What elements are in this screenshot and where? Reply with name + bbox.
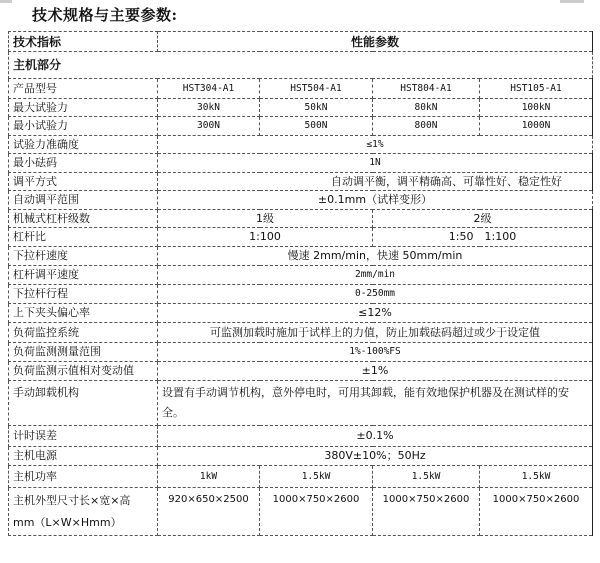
row-label: 主机功率 (9, 466, 158, 488)
row-label: 下拉杆行程 (9, 285, 158, 304)
table-row: 计时误差 ±0.1% (9, 426, 593, 447)
header-indicator: 技术指标 (9, 32, 158, 52)
value-cell: 0-250mm (158, 285, 593, 304)
row-label: 主机外型尺寸长×宽×高 mm（L×W×Hmm） (9, 488, 158, 536)
page-title: 技术规格与主要参数: (32, 4, 178, 25)
table-row: 试验力准确度 ≤1% (9, 136, 593, 154)
table-row: 最大试验力 30kN 50kN 80kN 100kN (9, 99, 593, 117)
row-label: 试验力准确度 (9, 136, 158, 154)
row-label: 计时误差 (9, 426, 158, 447)
table-row: 下拉杆行程 0-250mm (9, 285, 593, 304)
section-title: 主机部分 (9, 52, 593, 79)
value-cell: 自动调平衡，调平精确高、可靠性好、稳定性好 (158, 173, 593, 191)
table-row: 机械式杠杆级数 1级 2级 (9, 210, 593, 228)
value-cell: 50kN (260, 99, 373, 117)
value-cell: 1级 (158, 210, 373, 228)
table-row: 负荷监测测量范围 1%-100%FS (9, 343, 593, 362)
page-edge-mark (560, 0, 584, 3)
table-row: 主机功率 1kW 1.5kW 1.5kW 1.5kW (9, 466, 593, 488)
table-row: 主机外型尺寸长×宽×高 mm（L×W×Hmm） 920×650×2500 100… (9, 488, 593, 536)
model-cell: HST504-A1 (260, 79, 373, 99)
value-cell: 2mm/min (158, 266, 593, 285)
table-row: 杠杆比 1:100 1:50 1:100 (9, 228, 593, 247)
value-cell: 1:50 1:100 (373, 228, 593, 247)
row-label: 上下夹头偏心率 (9, 304, 158, 323)
table-row: 下拉杆速度 慢速 2mm/min，快速 50mm/min (9, 247, 593, 266)
value-cell: 1000×750×2600 (260, 488, 373, 536)
value-cell: 1.5kW (373, 466, 480, 488)
table-row: 产品型号 HST304-A1 HST504-A1 HST804-A1 HST10… (9, 79, 593, 99)
row-label: 杠杆调平速度 (9, 266, 158, 285)
value-cell: 1000N (480, 117, 593, 136)
value-cell: ±0.1mm（试样变形） (158, 191, 593, 210)
model-cell: HST304-A1 (158, 79, 260, 99)
model-cell: HST804-A1 (373, 79, 480, 99)
row-label: 自动调平范围 (9, 191, 158, 210)
value-cell: ≤1% (158, 136, 593, 154)
value-cell: 1:100 (158, 228, 373, 247)
value-cell: 920×650×2500 (158, 488, 260, 536)
row-label: 调平方式 (9, 173, 158, 191)
value-cell: ≤12% (158, 304, 593, 323)
row-label: 机械式杠杆级数 (9, 210, 158, 228)
row-label: 负荷监控系统 (9, 323, 158, 343)
value-cell: 1%-100%FS (158, 343, 593, 362)
table-row: 上下夹头偏心率 ≤12% (9, 304, 593, 323)
table-row: 主机电源 380V±10%；50Hz (9, 447, 593, 466)
table-row: 最小砝码 1N (9, 154, 593, 173)
table-row: 手动卸载机构 设置有手动调节机构，意外停电时，可用其卸载，能有效地保护机器及在测… (9, 381, 593, 426)
value-cell: 1000×750×2600 (480, 488, 593, 536)
row-label: 下拉杆速度 (9, 247, 158, 266)
table-row: 最小试验力 300N 500N 800N 1000N (9, 117, 593, 136)
row-label: 主机电源 (9, 447, 158, 466)
row-label: 杠杆比 (9, 228, 158, 247)
value-cell: ±0.1% (158, 426, 593, 447)
value-cell: 100kN (480, 99, 593, 117)
table-row: 自动调平范围 ±0.1mm（试样变形） (9, 191, 593, 210)
value-cell: 500N (260, 117, 373, 136)
row-label: 负荷监测测量范围 (9, 343, 158, 362)
value-cell: 2级 (373, 210, 593, 228)
section-row: 主机部分 (9, 52, 593, 79)
spec-table: 技术指标 性能参数 主机部分 产品型号 HST304-A1 HST504-A1 … (8, 31, 593, 536)
value-cell: 380V±10%；50Hz (158, 447, 593, 466)
value-cell: 1.5kW (260, 466, 373, 488)
row-label: 产品型号 (9, 79, 158, 99)
value-cell: 800N (373, 117, 480, 136)
value-cell: 30kN (158, 99, 260, 117)
value-cell: 1kW (158, 466, 260, 488)
value-cell: 慢速 2mm/min，快速 50mm/min (158, 247, 593, 266)
table-row: 杠杆调平速度 2mm/min (9, 266, 593, 285)
table-row: 负荷监控系统 可监测加载时施加于试样上的力值，防止加载砝码超过或少于设定值 (9, 323, 593, 343)
value-cell: ±1% (158, 362, 593, 381)
value-cell: 1.5kW (480, 466, 593, 488)
table-row: 调平方式 自动调平衡，调平精确高、可靠性好、稳定性好 (9, 173, 593, 191)
table-header-row: 技术指标 性能参数 (9, 32, 593, 52)
row-label: 最小砝码 (9, 154, 158, 173)
row-label: 负荷监测示值相对变动值 (9, 362, 158, 381)
row-label: 最大试验力 (9, 99, 158, 117)
page-edge-mark (0, 0, 12, 3)
table-row: 负荷监测示值相对变动值 ±1% (9, 362, 593, 381)
value-cell: 80kN (373, 99, 480, 117)
row-label: 最小试验力 (9, 117, 158, 136)
value-cell: 可监测加载时施加于试样上的力值，防止加载砝码超过或少于设定值 (158, 323, 593, 343)
model-cell: HST105-A1 (480, 79, 593, 99)
value-cell: 设置有手动调节机构，意外停电时，可用其卸载，能有效地保护机器及在测试样的安全。 (158, 381, 593, 426)
value-cell: 300N (158, 117, 260, 136)
value-cell: 1N (158, 154, 593, 173)
row-label: 手动卸载机构 (9, 381, 158, 426)
value-cell: 1000×750×2600 (373, 488, 480, 536)
header-performance: 性能参数 (158, 32, 593, 52)
